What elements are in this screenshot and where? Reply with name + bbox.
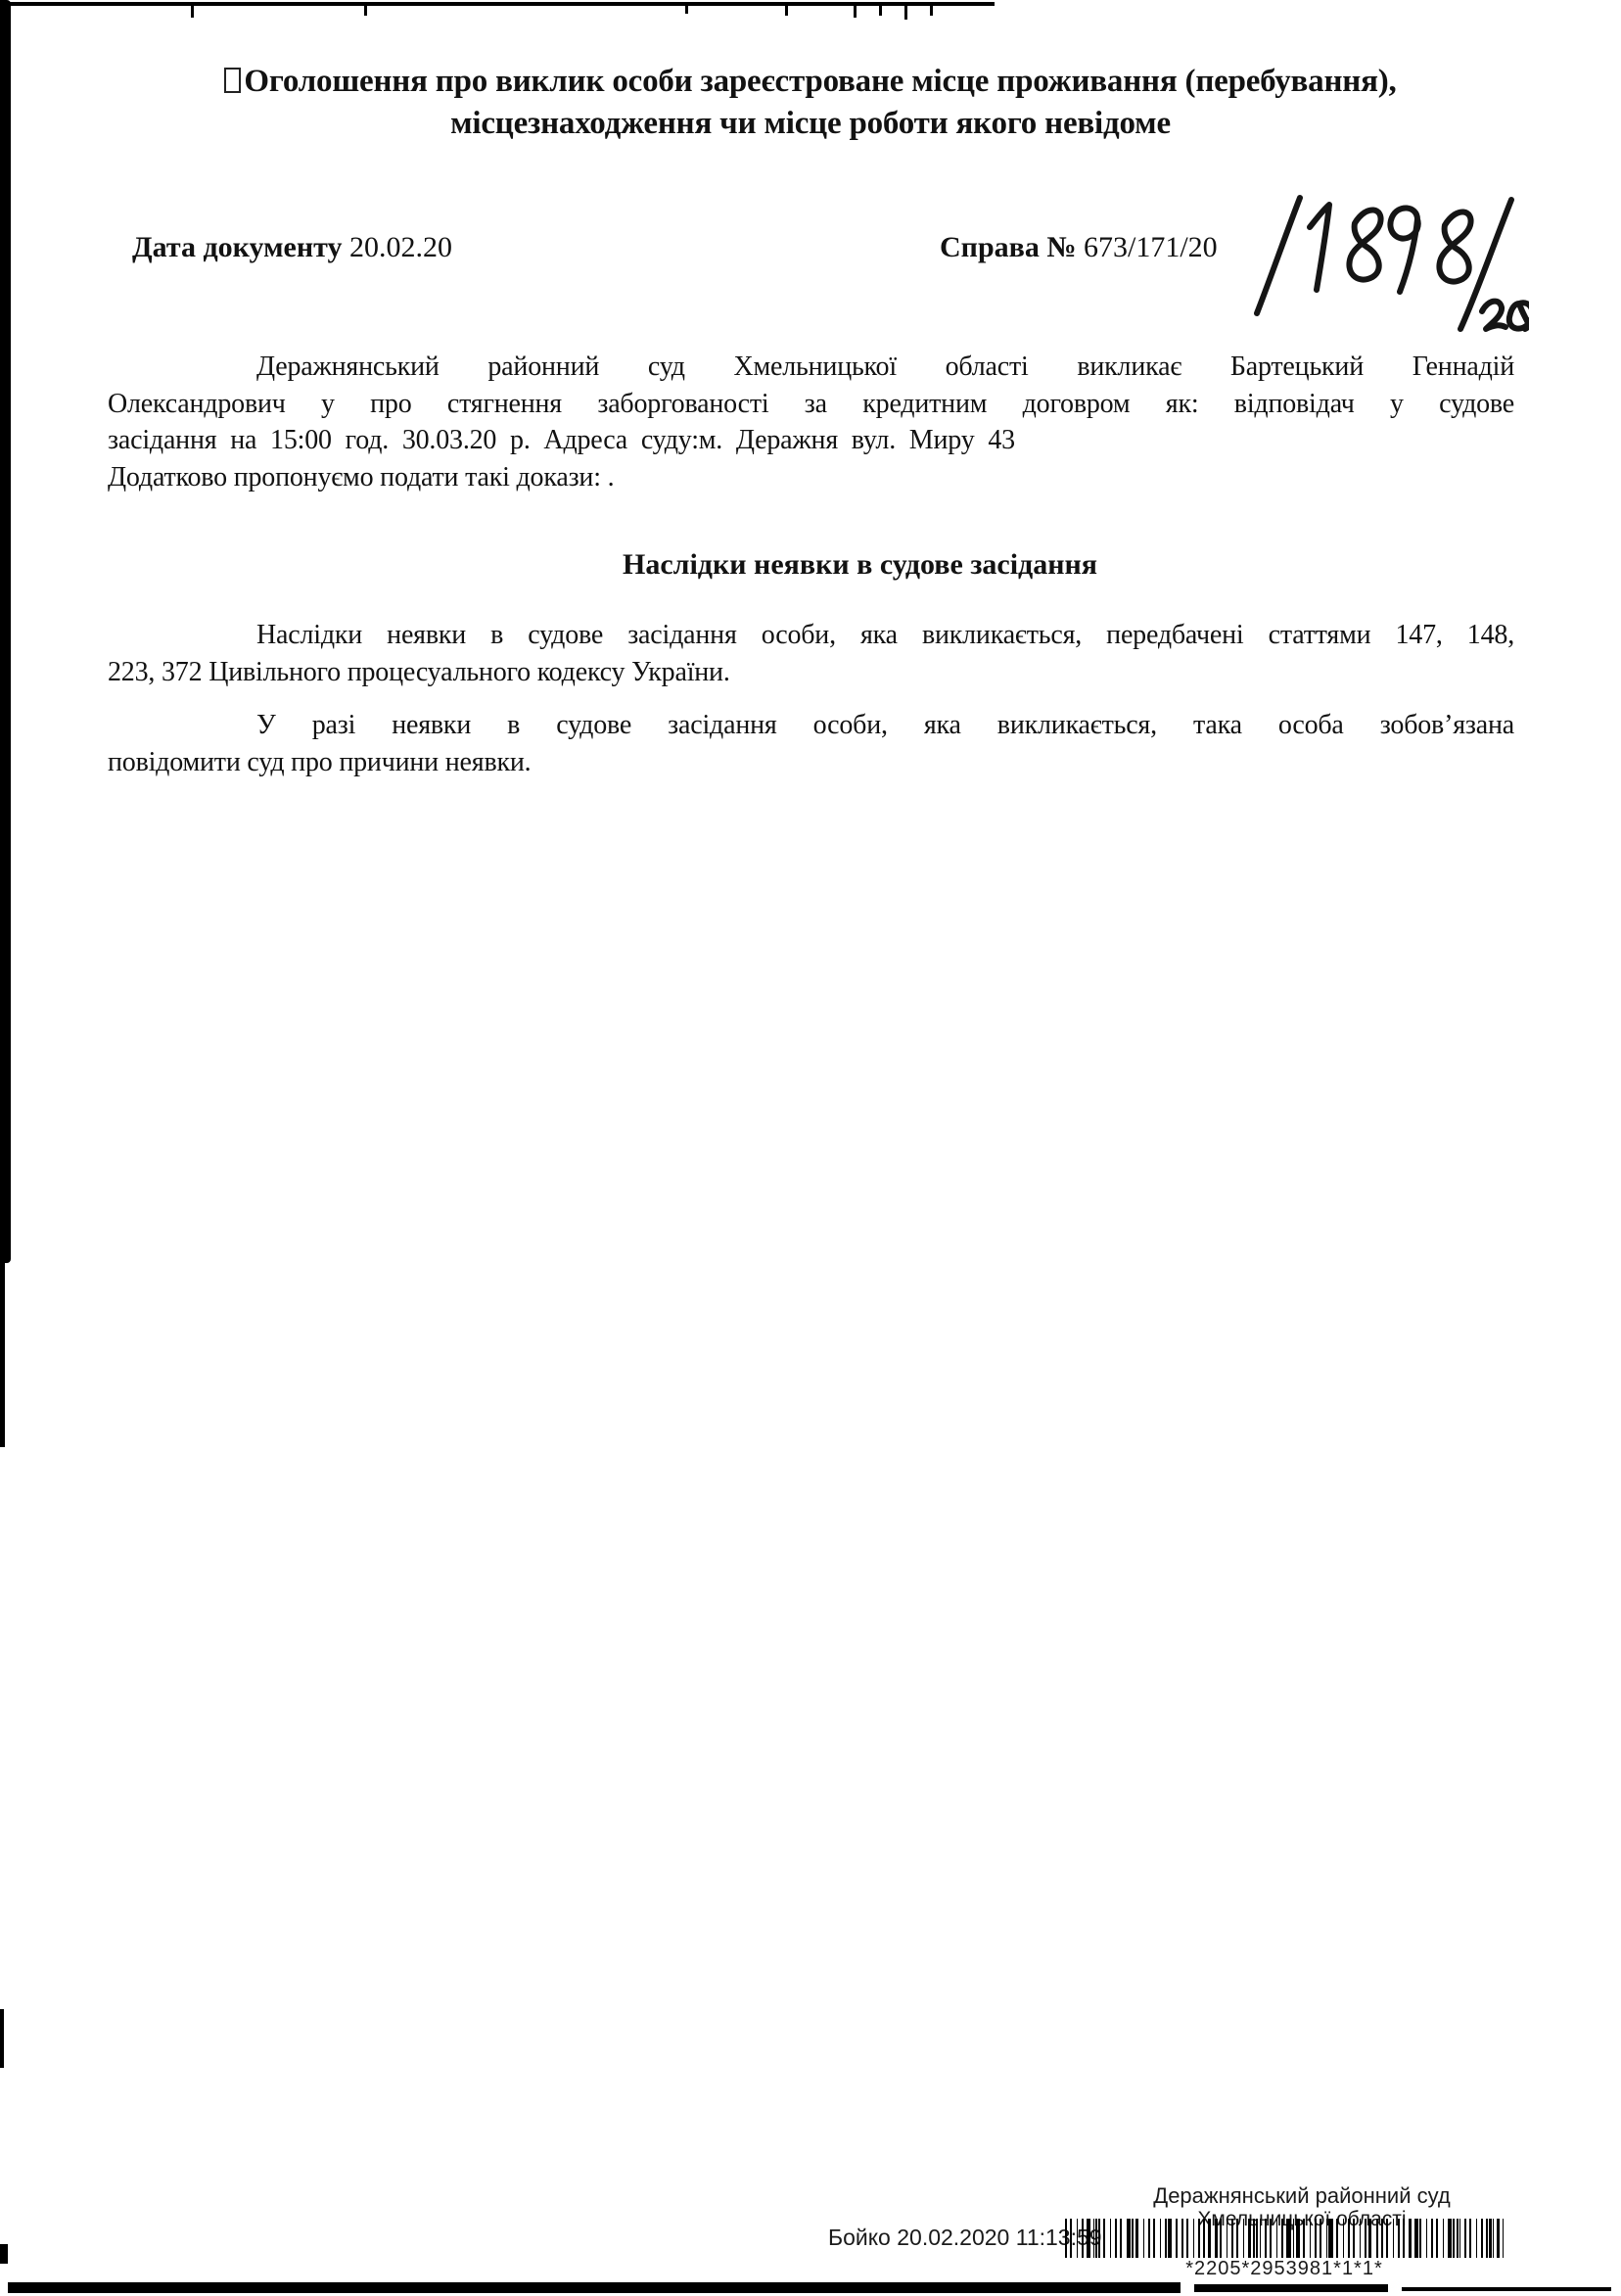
paragraph-line: Деражнянський районний суд Хмельницької … bbox=[108, 349, 1514, 386]
scan-artifact-tick bbox=[879, 4, 882, 16]
scan-artifact-tick bbox=[785, 4, 788, 16]
document-title: Оголошення про виклик особи зареєстрован… bbox=[160, 61, 1461, 145]
scan-artifact-tick bbox=[930, 4, 933, 16]
date-value: 20.02.20 bbox=[349, 231, 452, 263]
barcode bbox=[1065, 2219, 1504, 2258]
scan-artifact-left-edge bbox=[0, 1261, 5, 1447]
scan-artifact-left-edge bbox=[0, 2244, 8, 2264]
paragraph-line: Олександрович у про стягнення заборгован… bbox=[108, 386, 1514, 423]
case-label: Справа № bbox=[940, 231, 1076, 263]
paragraph-line: засідання на 15:00 год. 30.03.20 р. Адре… bbox=[108, 422, 1514, 459]
scanned-court-document: Оголошення про виклик особи зареєстрован… bbox=[0, 0, 1621, 2296]
date-label: Дата документу bbox=[132, 231, 342, 263]
paragraph-consequences: Наслідки неявки в судове засідання особи… bbox=[108, 617, 1514, 690]
case-value: 673/171/20 bbox=[1084, 231, 1218, 263]
paragraph-line: У разі неявки в судове засідання особи, … bbox=[108, 707, 1514, 744]
section-heading: Наслідки неявки в судове засідання bbox=[108, 548, 1514, 582]
paragraph-line: Додатково пропонуємо подати такі докази:… bbox=[108, 459, 1514, 496]
scan-artifact-tick bbox=[364, 4, 367, 16]
missing-char-box-icon bbox=[224, 68, 241, 93]
paragraph-line: повідомити суд про причини неявки. bbox=[108, 744, 1514, 781]
scan-artifact-bottom-line bbox=[8, 2282, 1181, 2293]
footer-stamp: Бойко 20.02.2020 11:13:59 bbox=[828, 2225, 1102, 2251]
footer-court-name: Деражнянський районний суд bbox=[1077, 2183, 1527, 2209]
document-date: Дата документу 20.02.20 bbox=[132, 231, 452, 264]
scan-artifact-left-edge bbox=[0, 0, 11, 1263]
paragraph-line: Наслідки неявки в судове засідання особи… bbox=[108, 617, 1514, 654]
paragraph-obligation: У разі неявки в судове засідання особи, … bbox=[108, 707, 1514, 780]
scan-artifact-tick bbox=[904, 4, 907, 20]
case-number: Справа № 673/171/20 bbox=[940, 231, 1218, 264]
handwritten-case-number bbox=[1235, 192, 1529, 341]
scan-artifact-tick bbox=[854, 4, 857, 18]
scan-artifact-bottom-line bbox=[1402, 2287, 1611, 2291]
scan-artifact-top-line bbox=[8, 2, 995, 6]
scan-artifact-tick bbox=[191, 4, 194, 18]
barcode-text: *2205*2953981*1*1* bbox=[1065, 2258, 1504, 2280]
document-title-text: Оголошення про виклик особи зареєстрован… bbox=[244, 64, 1396, 141]
scan-artifact-left-edge bbox=[0, 2009, 4, 2068]
paragraph-line: 223, 372 Цивільного процесуального кодек… bbox=[108, 654, 1514, 691]
scan-artifact-tick bbox=[685, 4, 688, 14]
scan-artifact-bottom-line bbox=[1194, 2284, 1388, 2292]
paragraph-summons: Деражнянський районний суд Хмельницької … bbox=[108, 349, 1514, 495]
